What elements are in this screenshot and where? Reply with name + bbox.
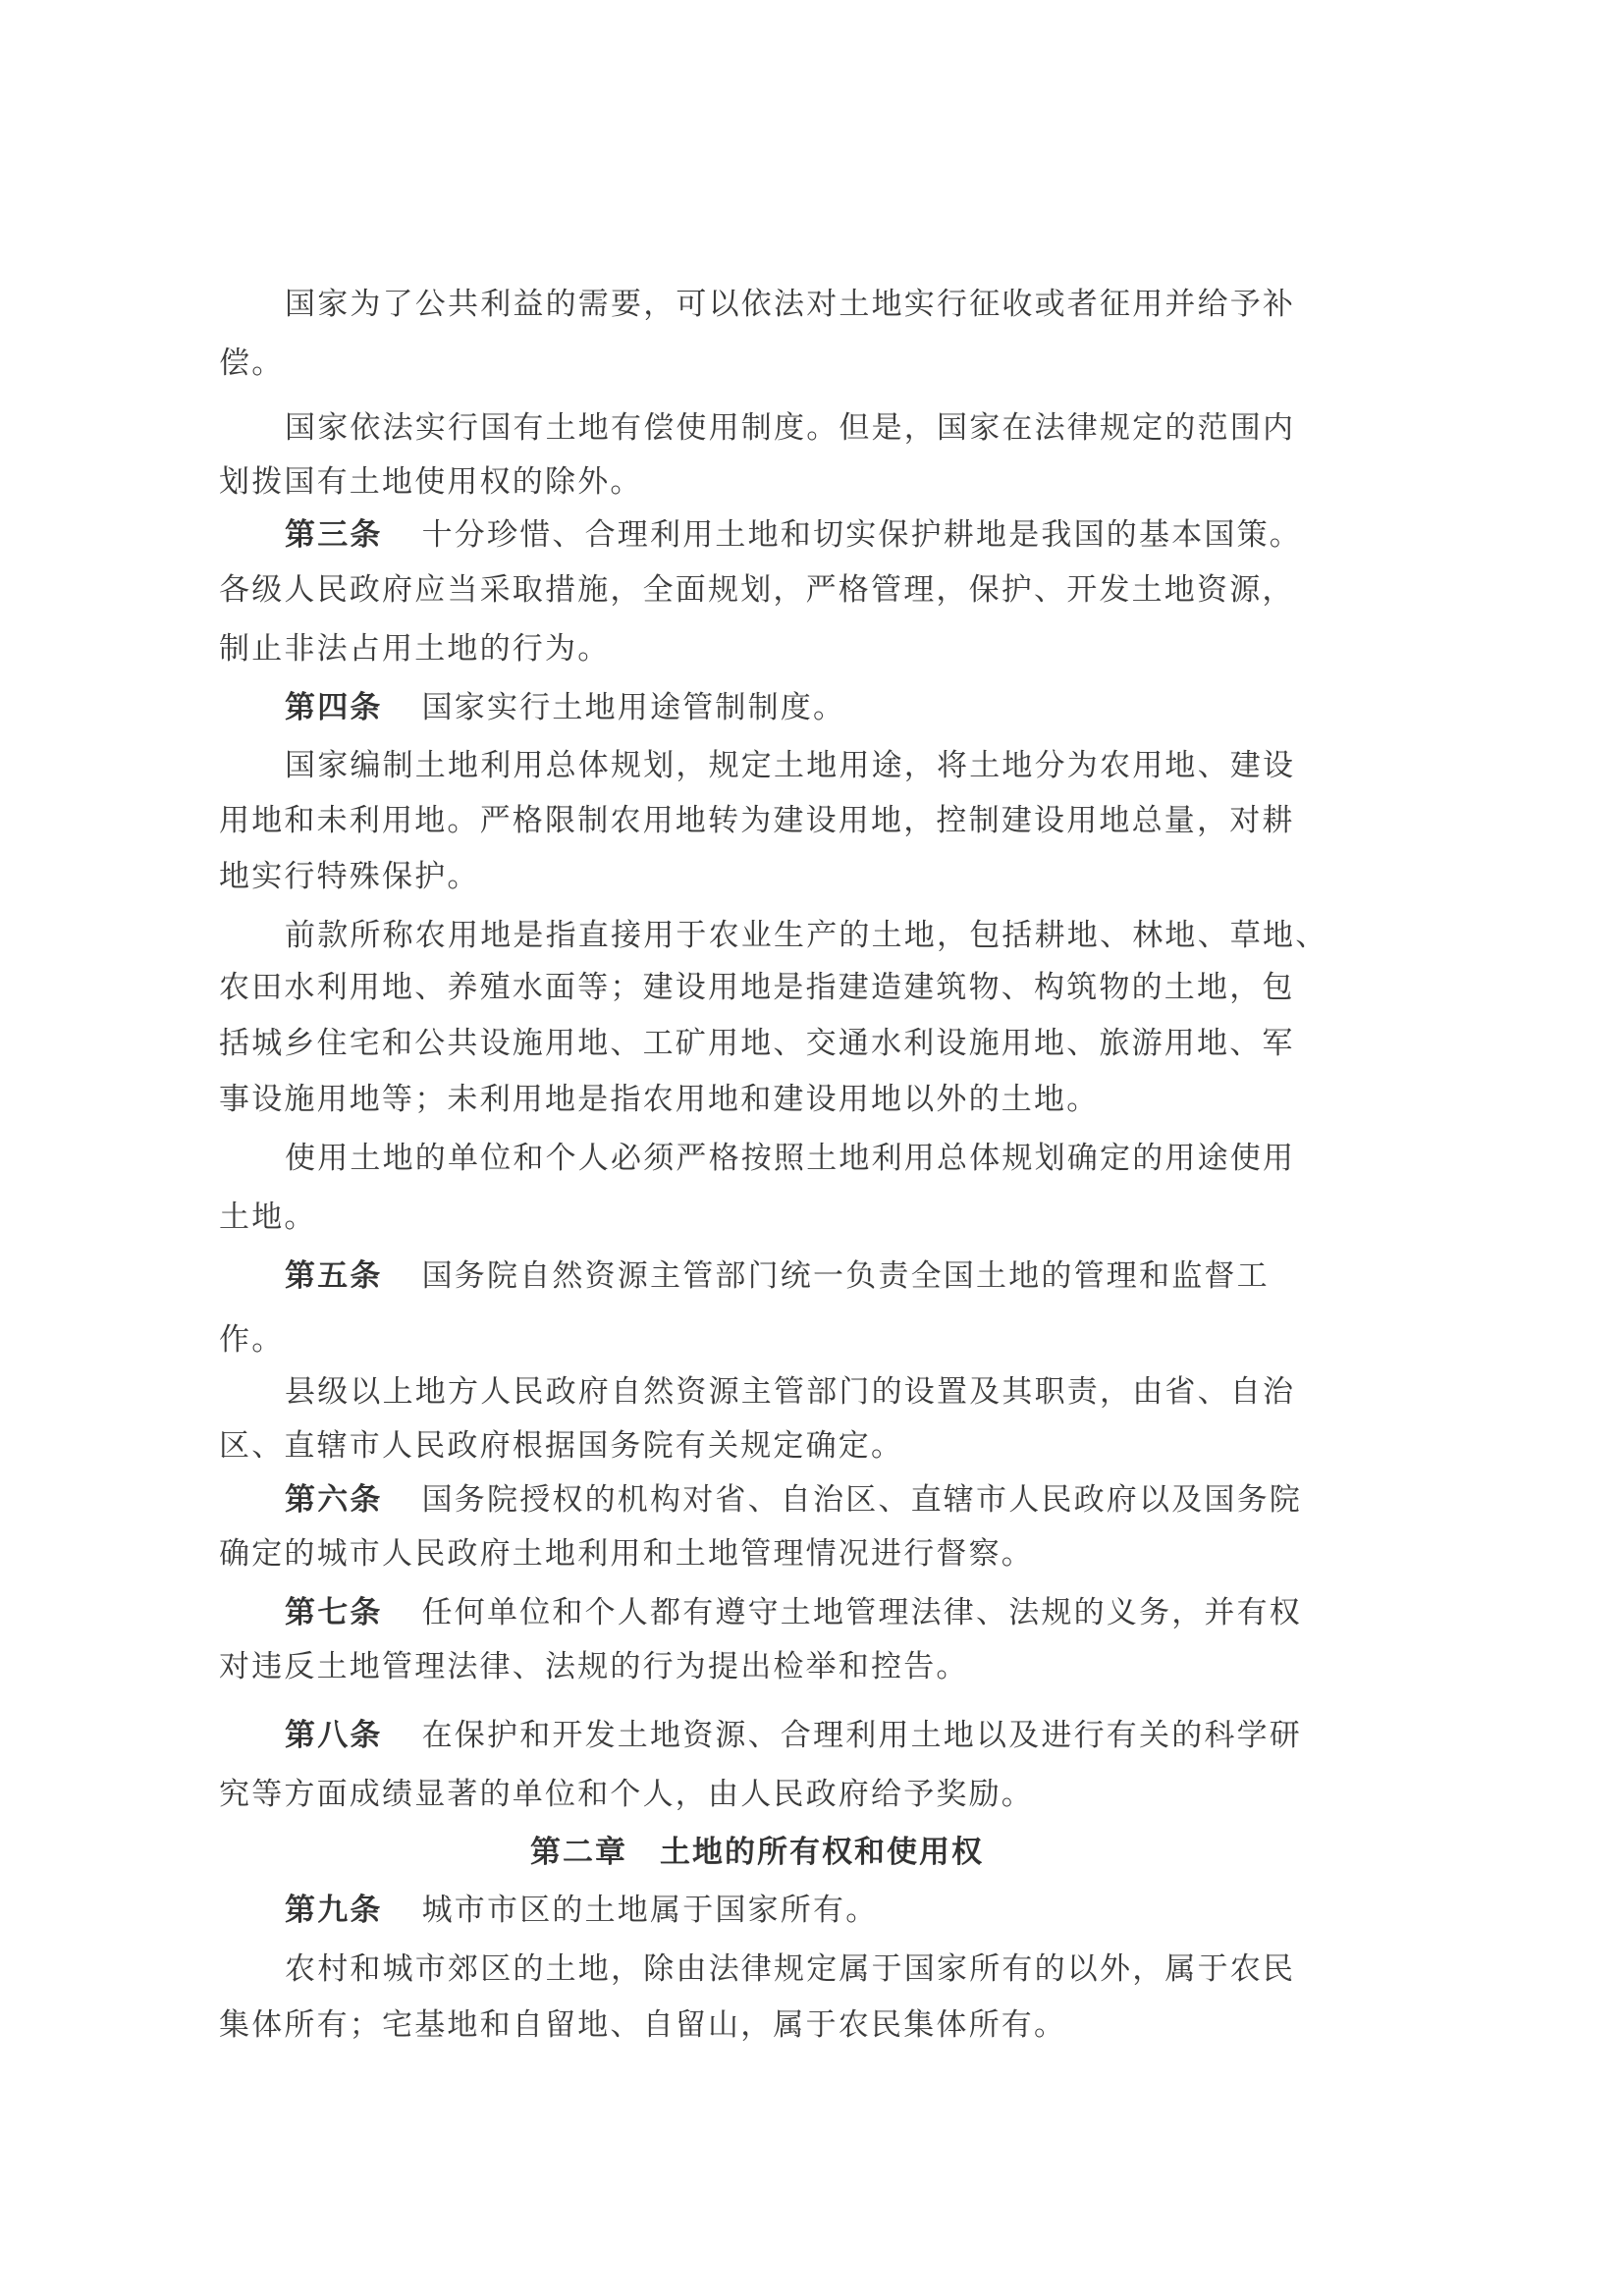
paragraph-line: 国家依法实行国有土地有偿使用制度。但是，国家在法律规定的范围内	[285, 408, 1365, 448]
article-text: 在保护和开发土地资源、合理利用土地以及进行有关的科学研	[422, 1718, 1302, 1753]
paragraph-line: 括城乡住宅和公共设施用地、工矿用地、交通水利设施用地、旅游用地、军	[219, 1024, 1299, 1063]
paragraph-line: 用地和未利用地。严格限制农用地转为建设用地，控制建设用地总量，对耕	[219, 801, 1299, 840]
article-text: 国务院授权的机构对省、自治区、直辖市人民政府以及国务院	[422, 1482, 1302, 1518]
article-text: 任何单位和个人都有遵守土地管理法律、法规的义务，并有权	[422, 1595, 1302, 1630]
article-text: 城市市区的土地属于国家所有。	[422, 1893, 879, 1928]
paragraph-line: 土地。	[219, 1198, 1299, 1237]
paragraph-line: 事设施用地等；未利用地是指农用地和建设用地以外的土地。	[219, 1080, 1299, 1119]
article-9-line: 第九条城市市区的土地属于国家所有。	[285, 1891, 1365, 1930]
article-6-line: 第六条国务院授权的机构对省、自治区、直辖市人民政府以及国务院	[285, 1480, 1365, 1520]
paragraph-line: 使用土地的单位和个人必须严格按照土地利用总体规划确定的用途使用	[285, 1139, 1365, 1178]
paragraph-line: 确定的城市人民政府土地利用和土地管理情况进行督察。	[219, 1534, 1299, 1574]
paragraph-line: 地实行特殊保护。	[219, 857, 1299, 896]
article-number: 第九条	[285, 1893, 383, 1928]
paragraph-line: 究等方面成绩显著的单位和个人，由人民政府给予奖励。	[219, 1775, 1299, 1814]
paragraph-line: 偿。	[219, 344, 1299, 383]
paragraph-line: 划拨国有土地使用权的除外。	[219, 462, 1299, 502]
paragraph-line: 前款所称农用地是指直接用于农业生产的土地，包括耕地、林地、草地、	[285, 916, 1365, 955]
paragraph-line: 各级人民政府应当采取措施，全面规划，严格管理，保护、开发土地资源，	[219, 570, 1299, 610]
paragraph-line: 县级以上地方人民政府自然资源主管部门的设置及其职责，由省、自治	[285, 1372, 1365, 1412]
article-7-line: 第七条任何单位和个人都有遵守土地管理法律、法规的义务，并有权	[285, 1593, 1365, 1632]
article-text: 国家实行土地用途管制制度。	[422, 690, 846, 725]
document-page: 国家为了公共利益的需要，可以依法对土地实行征收或者征用并给予补 偿。 国家依法实…	[0, 0, 1624, 2296]
article-5-line: 第五条国务院自然资源主管部门统一负责全国土地的管理和监督工	[285, 1256, 1365, 1296]
paragraph-line: 国家编制土地利用总体规划，规定土地用途，将土地分为农用地、建设	[285, 746, 1365, 785]
article-number: 第四条	[285, 690, 383, 725]
article-number: 第三条	[285, 517, 383, 553]
article-number: 第八条	[285, 1718, 383, 1753]
paragraph-line: 作。	[219, 1320, 1299, 1360]
article-text: 十分珍惜、合理利用土地和切实保护耕地是我国的基本国策。	[422, 517, 1302, 553]
article-8-line: 第八条在保护和开发土地资源、合理利用土地以及进行有关的科学研	[285, 1716, 1365, 1755]
article-number: 第六条	[285, 1482, 383, 1518]
article-3-line: 第三条十分珍惜、合理利用土地和切实保护耕地是我国的基本国策。	[285, 515, 1365, 555]
paragraph-line: 农村和城市郊区的土地，除由法律规定属于国家所有的以外，属于农民	[285, 1949, 1365, 1989]
chapter-heading: 第二章 土地的所有权和使用权	[219, 1832, 1295, 1873]
paragraph-line: 集体所有；宅基地和自留地、自留山，属于农民集体所有。	[219, 2005, 1299, 2045]
paragraph-line: 农田水利用地、养殖水面等；建设用地是指建造建筑物、构筑物的土地，包	[219, 968, 1299, 1007]
paragraph-line: 国家为了公共利益的需要，可以依法对土地实行征收或者征用并给予补	[285, 285, 1365, 324]
article-text: 国务院自然资源主管部门统一负责全国土地的管理和监督工	[422, 1258, 1270, 1294]
article-number: 第五条	[285, 1258, 383, 1294]
paragraph-line: 对违反土地管理法律、法规的行为提出检举和控告。	[219, 1647, 1299, 1686]
article-4-line: 第四条国家实行土地用途管制制度。	[285, 688, 1365, 727]
paragraph-line: 区、直辖市人民政府根据国务院有关规定确定。	[219, 1426, 1299, 1466]
paragraph-line: 制止非法占用土地的行为。	[219, 629, 1299, 668]
article-number: 第七条	[285, 1595, 383, 1630]
